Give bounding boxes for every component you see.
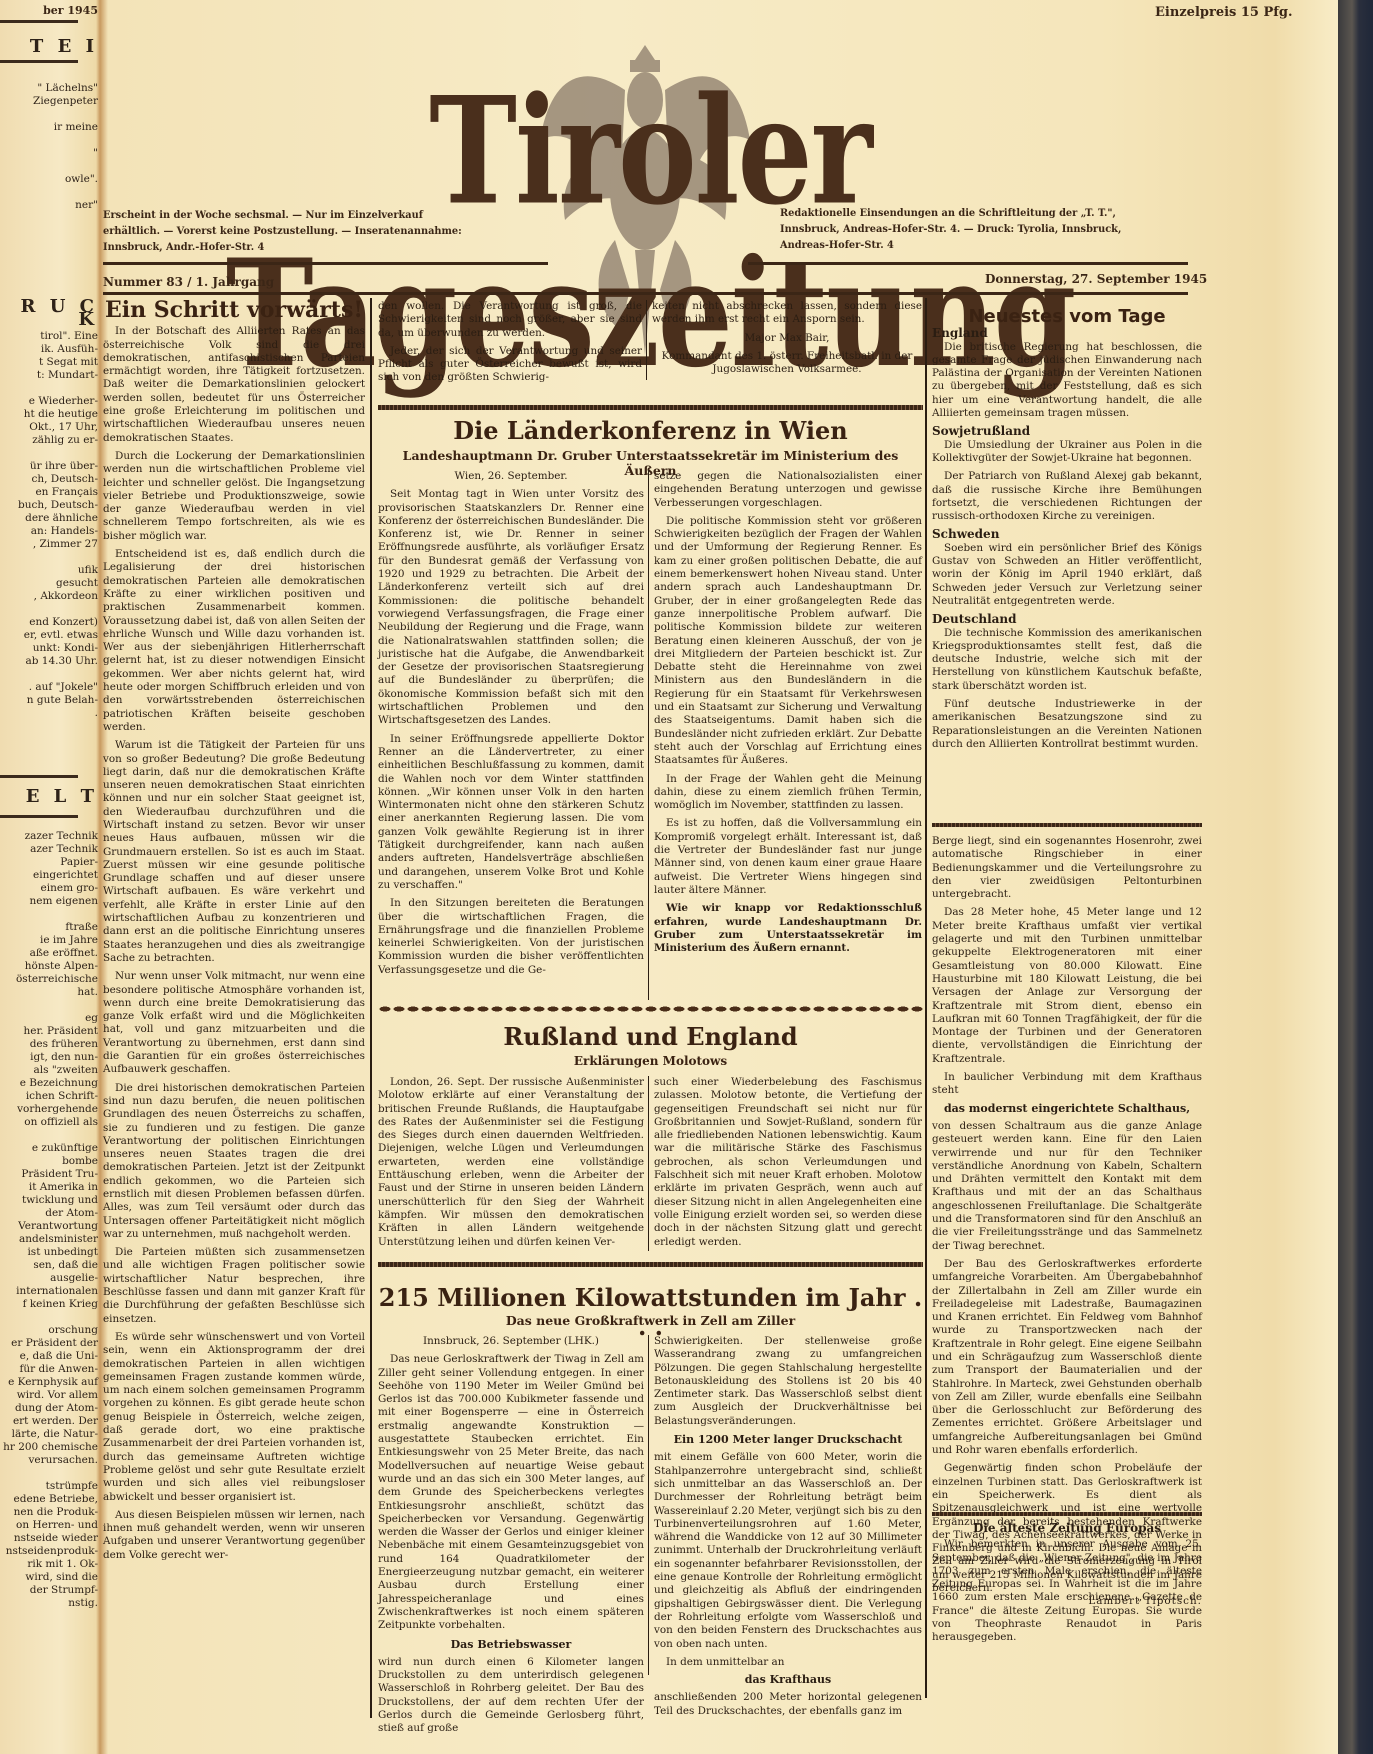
article-aelteste: Die älteste Zeitung Europas Wir bemerkte… bbox=[932, 1522, 1202, 1650]
price: Einzelpreis 15 Pfg. bbox=[1155, 5, 1292, 20]
issue-date: Donnerstag, 27. September 1945 bbox=[985, 272, 1207, 286]
paragraph: Entscheidend ist es, daß endlich durch d… bbox=[103, 548, 365, 734]
previous-page-fragment: ber 1945 T E I " Lächelns" Ziegenpeter i… bbox=[0, 0, 100, 1754]
prev-section-text: tirol". Eine ik. Ausfüh- t Segat mit t: … bbox=[0, 330, 98, 720]
paragraph: Durch die Lockerung der Demarkationslini… bbox=[103, 450, 365, 543]
digest-section-heading: Sowjetrußland bbox=[932, 425, 1202, 438]
editorial-info: Redaktionelle Einsendungen an die Schrif… bbox=[780, 206, 1160, 254]
prev-section-heading: R U C K bbox=[0, 300, 98, 326]
paragraph: In der Frage der Wahlen geht die Meinung… bbox=[654, 773, 922, 813]
article-title: 215 Millionen Kilowattstunden im Jahr . … bbox=[378, 1283, 923, 1341]
paragraph: Die Umsiedlung der Ukrainer aus Polen in… bbox=[932, 439, 1202, 466]
paragraph: Soeben wird ein persönlicher Brief des K… bbox=[932, 542, 1202, 608]
paragraph: Der Patriarch von Rußland Alexej gab bek… bbox=[932, 470, 1202, 523]
article-russland-col2: such einer Wiederbelebung des Faschismus… bbox=[654, 1076, 922, 1254]
article-laender-col2: setze gegen die Nationalsozialisten eine… bbox=[654, 470, 922, 960]
article-subtitle: Das neue Großkraftwerk in Zell am Ziller bbox=[378, 1313, 923, 1328]
article-schritt: Ein Schritt vorwärts! In der Botschaft d… bbox=[103, 300, 365, 1567]
paragraph: In seiner Eröffnungsrede appellierte Dok… bbox=[378, 733, 644, 893]
paragraph: Die britische Regierung hat beschlossen,… bbox=[932, 341, 1202, 421]
subheading: Ein 1200 Meter langer Druckschacht bbox=[654, 1433, 922, 1446]
subheading: das modernst eingerichtete Schalthaus, bbox=[932, 1102, 1202, 1115]
digest-section-heading: Deutschland bbox=[932, 613, 1202, 626]
news-digest: Neuestes vom Tage EnglandDie britische R… bbox=[932, 308, 1202, 756]
article-title: Ein Schritt vorwärts! bbox=[103, 304, 365, 317]
article-title: Die Länderkonferenz in Wien bbox=[378, 416, 923, 445]
article-schritt-signature: keiten nicht abschrecken lassen, sondern… bbox=[652, 300, 922, 381]
article-title: Die älteste Zeitung Europas bbox=[932, 1522, 1202, 1535]
article-kilowatt-col2: Schwierigkeiten. Der stellenweise große … bbox=[654, 1335, 922, 1723]
paragraph: Die Parteien müßten sich zusammensetzen … bbox=[103, 1246, 365, 1326]
paragraph: Die drei historischen demokratischen Par… bbox=[103, 1082, 365, 1242]
paragraph: In den Sitzungen bereiteten die Beratung… bbox=[378, 897, 644, 977]
paragraph: Es würde sehr wünschenswert und von Vort… bbox=[103, 1331, 365, 1504]
paragraph: Aus diesen Beispielen müssen wir lernen,… bbox=[103, 1509, 365, 1562]
article-laender-col1: Wien, 26. September. Seit Montag tagt in… bbox=[378, 470, 644, 982]
subheading: das Krafthaus bbox=[654, 1673, 922, 1686]
article-russland-col1: London, 26. Sept. Der russische Außenmin… bbox=[378, 1076, 644, 1254]
article-subtitle: Erklärungen Molotows bbox=[378, 1054, 923, 1068]
article-kilowatt-col3: Berge liegt, sind ein sogenanntes Hosenr… bbox=[932, 835, 1202, 1614]
paragraph: Die politische Kommission steht vor größ… bbox=[654, 515, 922, 768]
book-binding bbox=[1338, 0, 1373, 1754]
paragraph: Fünf deutsche Industriewerke in der amer… bbox=[932, 698, 1202, 751]
article-kilowatt-col1: Innsbruck, 26. September (LHK.) Das neue… bbox=[378, 1335, 644, 1741]
publication-info: Erscheint in der Woche sechsmal. — Nur i… bbox=[103, 208, 463, 256]
digest-title: Neuestes vom Tage bbox=[932, 310, 1202, 323]
article-title: Rußland und England bbox=[378, 1022, 923, 1051]
digest-section-heading: Schweden bbox=[932, 528, 1202, 541]
paragraph: Seit Montag tagt in Wien unter Vorsitz d… bbox=[378, 488, 644, 727]
paragraph: Warum ist die Tätigkeit der Parteien für… bbox=[103, 739, 365, 965]
stop-press: Wie wir knapp vor Redaktionsschluß erfah… bbox=[654, 902, 922, 955]
prev-section-text: zazer Technik azer Technik Papier- einge… bbox=[0, 830, 98, 1610]
paragraph: Nur wenn unser Volk mitmacht, nur wenn e… bbox=[103, 970, 365, 1076]
prev-section-heading: T E I bbox=[0, 40, 98, 53]
issue-number: Nummer 83 / 1. Jahrgang bbox=[103, 275, 274, 289]
paragraph: Es ist zu hoffen, daß die Vollversammlun… bbox=[654, 817, 922, 897]
prev-header: ber 1945 bbox=[0, 4, 98, 17]
dateline: Innsbruck, 26. September (LHK.) bbox=[378, 1335, 644, 1348]
paragraph: Die technische Kommission des amerikanis… bbox=[932, 627, 1202, 693]
author-name: Major Max Bair, bbox=[652, 332, 922, 345]
subheading: Das Betriebswasser bbox=[378, 1638, 644, 1651]
prev-section-heading: E L T bbox=[0, 790, 98, 803]
digest-section-heading: England bbox=[932, 327, 1202, 340]
paragraph: In der Botschaft des Alliierten Rates an… bbox=[103, 325, 365, 445]
article-schritt-continuation: den wollen. Die Verantwortung ist groß, … bbox=[378, 300, 642, 390]
prev-section-text: " Lächelns" Ziegenpeter ir meine " owle"… bbox=[0, 82, 98, 212]
dateline: Wien, 26. September. bbox=[378, 470, 644, 483]
author-title: Kommandant des 1. österr. Freiheitsbatl.… bbox=[652, 350, 922, 377]
paragraph: setze gegen die Nationalsozialisten eine… bbox=[654, 470, 922, 510]
